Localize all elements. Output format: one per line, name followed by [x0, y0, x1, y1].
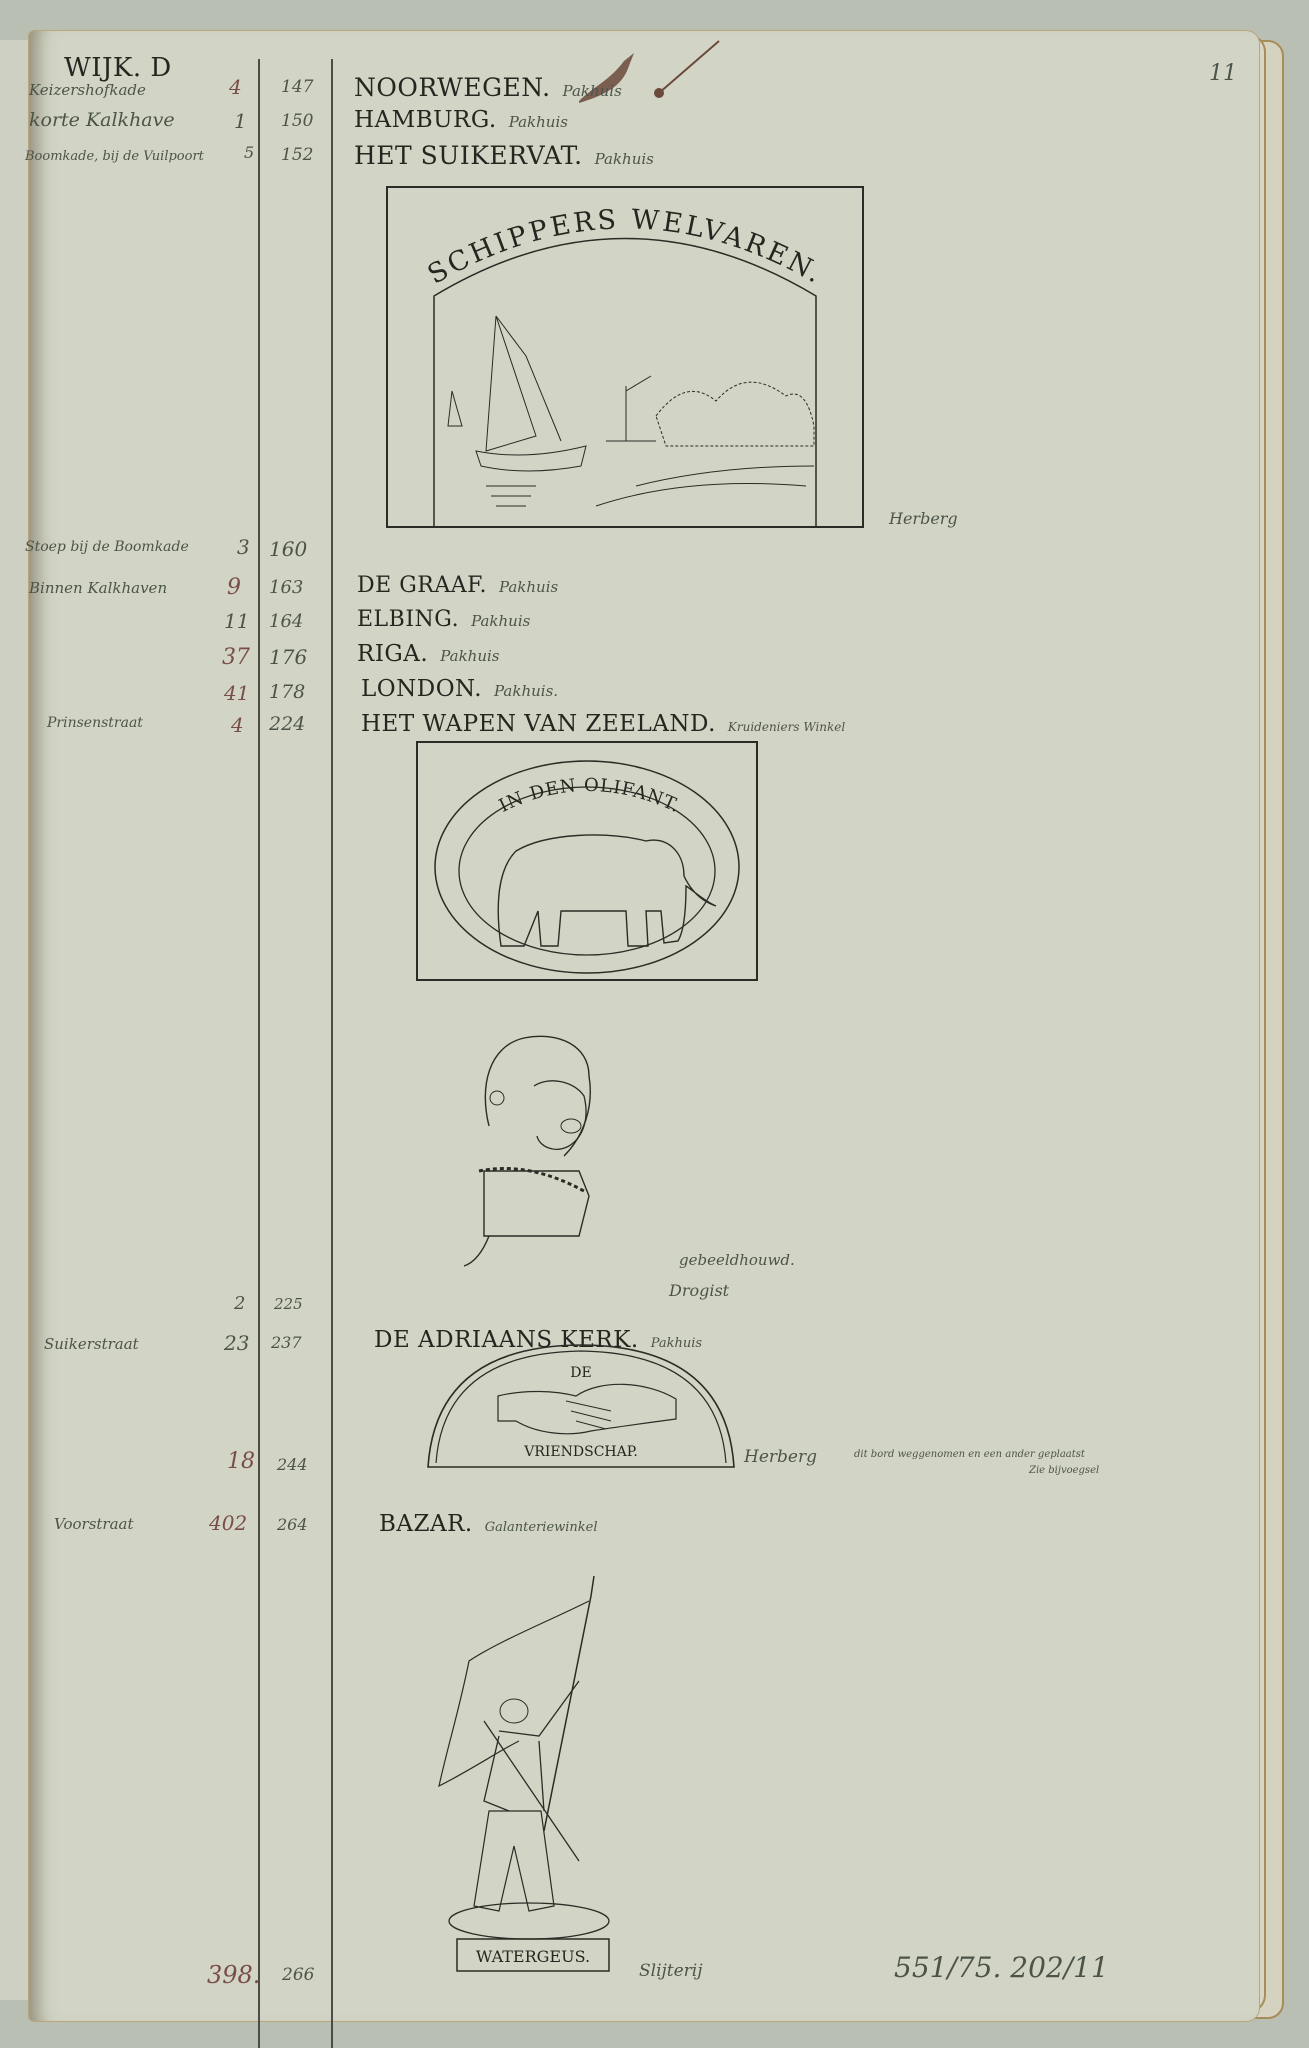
register-number: 264 [277, 1515, 308, 1534]
establishment-name: HET SUIKERVAT. [354, 141, 583, 170]
establishment-type: Pakhuis. [494, 682, 558, 700]
establishment-name: HAMBURG. [354, 107, 497, 133]
register-number: 237 [271, 1333, 302, 1352]
sign-text: SCHIPPERS WELVAREN. [423, 204, 830, 290]
establishment-name: DE GRAAF. [357, 573, 487, 598]
establishment-type: Pakhuis [509, 113, 568, 131]
register-number: 164 [269, 611, 303, 632]
establishment-type: Pakhuis [471, 612, 530, 630]
sign-note: Herberg [744, 1447, 817, 1467]
register-number: 266 [282, 1965, 314, 1985]
house-number: 1 [234, 109, 247, 133]
house-number: 402 [209, 1511, 247, 1535]
house-number: 18 [227, 1449, 255, 1474]
street-name: Voorstraat [54, 1515, 134, 1533]
establishment-type: Pakhuis [499, 578, 558, 596]
register-number: 244 [277, 1455, 308, 1474]
street-name: Binnen Kalkhaven [29, 579, 167, 597]
register-number: 176 [269, 645, 307, 669]
establishment-type: Pakhuis [563, 82, 622, 100]
street-name: Stoep bij de Boomkade [25, 539, 189, 555]
house-number: 398. [207, 1961, 260, 1989]
register-number: 150 [281, 111, 313, 131]
establishment-type: Pakhuis [440, 647, 499, 665]
establishment-type: Kruideniers Winkel [728, 720, 845, 734]
establishment-name: HET WAPEN VAN ZEELAND. [361, 711, 716, 737]
archive-reference: 551/75. 202/11 [894, 1951, 1109, 1984]
sign-in-den-olifant: IN DEN OLIFANT. [416, 741, 758, 981]
sign-text: WATERGEUS. [476, 1947, 590, 1966]
register-number: 225 [274, 1295, 303, 1313]
sign-text: IN DEN OLIFANT. [496, 775, 684, 817]
house-number: 9 [227, 575, 241, 600]
sign-text-top: DE [570, 1365, 591, 1381]
sign-note: Herberg [889, 509, 958, 528]
svg-text:IN DEN OLIFANT.: IN DEN OLIFANT. [496, 775, 684, 817]
house-number: 41 [224, 681, 249, 705]
street-name: Keizershofkade [29, 81, 146, 99]
sign-note: Drogist [669, 1281, 729, 1300]
establishment-name: BAZAR. [379, 1511, 473, 1537]
sign-note: gebeeldhouwd. [679, 1251, 795, 1269]
house-number: 2 [234, 1293, 245, 1314]
page-number: 11 [1209, 61, 1237, 86]
establishment-name: ELBING. [357, 607, 459, 632]
register-number: 147 [281, 77, 313, 97]
sign-gaper-bust [459, 1026, 619, 1276]
register-number: 178 [269, 681, 305, 703]
house-number: 37 [222, 645, 250, 670]
establishment-name: RIGA. [357, 641, 428, 667]
ward-heading: WIJK. D [64, 53, 172, 83]
street-name: Suikerstraat [44, 1335, 139, 1353]
register-number: 163 [269, 577, 303, 598]
street-name: Prinsenstraat [47, 715, 143, 731]
establishment-name: NOORWEGEN. [354, 73, 551, 102]
sign-note: Zie bijvoegsel [1029, 1465, 1099, 1476]
establishment-type: Pakhuis [595, 150, 654, 168]
sign-watergeus-statue: WATERGEUS. [429, 1571, 639, 1981]
house-number: 11 [224, 609, 249, 633]
sign-note: Slijterij [639, 1961, 703, 1981]
house-number: 4 [231, 713, 244, 737]
register-number: 160 [269, 537, 307, 561]
sign-text-bottom: VRIENDSCHAP. [523, 1444, 638, 1460]
register-number: 152 [281, 145, 313, 165]
establishment-type: Galanteriewinkel [485, 1520, 598, 1535]
street-name: korte Kalkhave [29, 109, 175, 131]
house-number: 4 [229, 75, 242, 99]
svg-text:SCHIPPERS WELVAREN.: SCHIPPERS WELVAREN. [423, 204, 830, 290]
sign-note: dit bord weggenomen en een ander geplaat… [854, 1449, 1085, 1460]
sign-schippers-welvaren: SCHIPPERS WELVAREN. [386, 186, 864, 528]
register-number: 224 [269, 713, 305, 735]
house-number: 3 [237, 535, 250, 559]
house-number: 5 [244, 143, 254, 162]
sign-de-vriendschap: DE VRIENDSCHAP. [426, 1341, 736, 1471]
column-rule-register [331, 59, 333, 2048]
house-number: 23 [224, 1331, 249, 1355]
street-name: Boomkade, bij de Vuilpoort [25, 149, 204, 164]
establishment-name: LONDON. [361, 676, 482, 702]
ledger-page: WIJK. D 11 Keizershofkade 4 147 NOORWEGE… [28, 30, 1260, 2022]
column-rule-housenumber [258, 59, 260, 2048]
